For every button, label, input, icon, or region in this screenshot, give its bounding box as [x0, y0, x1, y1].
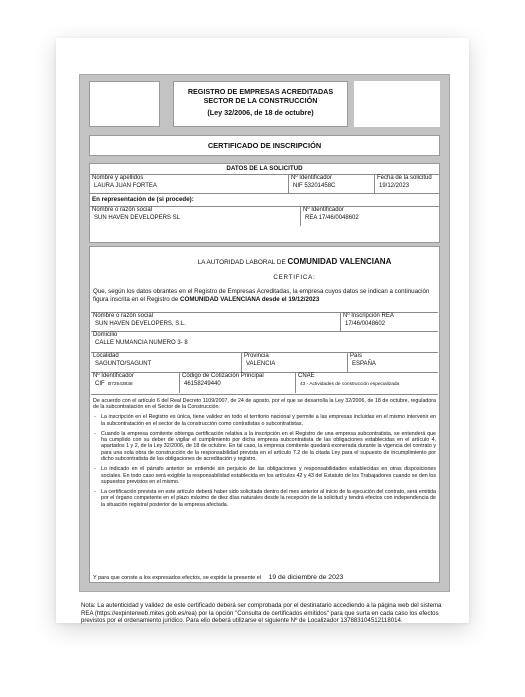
- registry-header: REGISTRO DE EMPRESAS ACREDITADAS SECTOR …: [173, 81, 348, 127]
- locality-value: SAGUNTO/SAGUNT: [93, 360, 241, 369]
- location-row: Localidad SAGUNTO/SAGUNT Provincia VALEN…: [91, 353, 438, 373]
- company-id-value: CIF B72543838: [93, 380, 179, 389]
- rep-id-label: Nº Identificador: [303, 207, 439, 214]
- locality-label: Localidad: [93, 353, 241, 360]
- legal-intro: De acuerdo con el artículo 6 del Real De…: [93, 398, 436, 411]
- ccc-value: 46158249440: [182, 380, 295, 389]
- rep-name-cell: Nombre o razón social SUN HAVEN DEVELOPE…: [90, 207, 301, 226]
- applicant-id-cell: Nº Identificador NIF 53201458C: [289, 175, 375, 193]
- company-id-label: Nº Identificador: [93, 373, 179, 380]
- applicant-name-cell: Nombre y apellidos LAURA JUAN FORTEA: [90, 175, 289, 193]
- certificate-title: CERTIFICADO DE INSCRIPCIÓN: [89, 135, 440, 156]
- rep-name-label: Nombre o razón social: [92, 207, 300, 214]
- province-cell: Provincia VALENCIA: [242, 353, 348, 372]
- address-cell: Domicilio CALLE NUMANCIA NUMERO 3- 8: [91, 332, 438, 352]
- authority-line: LA AUTORIDAD LABORAL DE COMUNIDAD VALENC…: [90, 257, 439, 266]
- province-value: VALENCIA: [244, 360, 347, 369]
- representation-heading: En representación de (si procede):: [90, 194, 439, 207]
- rep-id-cell: Nº Identificador REA 17/46/0048602: [301, 207, 439, 226]
- applicant-row: Nombre y apellidos LAURA JUAN FORTEA Nº …: [90, 175, 439, 194]
- request-section-title: DATOS DE LA SOLICITUD: [90, 164, 439, 175]
- legal-text: De acuerdo con el artículo 6 del Real De…: [93, 398, 436, 512]
- company-name-label: Nombre o razón social: [93, 313, 340, 320]
- registry-title-line1: REGISTRO DE EMPRESAS ACREDITADAS: [174, 87, 347, 96]
- issue-date: 19 de diciembre de 2023: [269, 574, 344, 581]
- applicant-id-label: Nº Identificador: [291, 175, 374, 182]
- request-data-section: DATOS DE LA SOLICITUD Nombre y apellidos…: [89, 163, 440, 243]
- cnae-value: 43 - Actividades de construcción especia…: [298, 380, 438, 389]
- legal-item: Lo indicado en el párrafo anterior se en…: [93, 466, 436, 485]
- legal-item: Cuando la empresa comitente obtenga cert…: [93, 431, 436, 463]
- company-id-number: B72543838: [108, 382, 133, 387]
- rea-number-label: Nº Inscripción REA: [343, 313, 438, 320]
- law-reference: (Ley 32/2006, de 18 de octubre): [174, 108, 347, 117]
- statement-bold: COMUNIDAD VALENCIANA desde el 19/12/2023: [180, 296, 319, 303]
- company-name-row: Nombre o razón social SUN HAVEN DEVELOPE…: [91, 313, 438, 332]
- cnae-label: CNAE: [298, 373, 438, 380]
- company-name-cell: Nombre o razón social SUN HAVEN DEVELOPE…: [91, 313, 341, 331]
- ccc-label: Código de Cotización Principal: [182, 373, 295, 380]
- ccc-cell: Código de Cotización Principal 461582494…: [180, 373, 296, 393]
- legal-items: La inscripción en el Registro es única, …: [93, 414, 436, 508]
- address-row: Domicilio CALLE NUMANCIA NUMERO 3- 8: [91, 332, 438, 353]
- logo-placeholder-right: [354, 81, 440, 127]
- company-data-table: Nombre o razón social SUN HAVEN DEVELOPE…: [91, 312, 438, 395]
- address-label: Domicilio: [93, 332, 438, 339]
- applicant-name-value: LAURA JUAN FORTEA: [92, 182, 288, 191]
- authority-prefix: LA AUTORIDAD LABORAL DE: [198, 259, 286, 266]
- codes-row: Nº Identificador CIF B72543838 Código de…: [91, 373, 438, 393]
- request-date-cell: Fecha de la solicitud 19/12/2023: [375, 175, 439, 193]
- legal-item: La certificación prevista en este artícu…: [93, 489, 436, 508]
- applicant-name-label: Nombre y apellidos: [92, 175, 288, 182]
- legal-item: La inscripción en el Registro es única, …: [93, 414, 436, 427]
- company-id-cell: Nº Identificador CIF B72543838: [91, 373, 180, 393]
- applicant-id-value: NIF 53201458C: [291, 182, 374, 191]
- certificate-page: REGISTRO DE EMPRESAS ACREDITADAS SECTOR …: [56, 38, 469, 623]
- representation-row: Nombre o razón social SUN HAVEN DEVELOPE…: [90, 207, 439, 226]
- rep-name-value: SUN HAVEN DEVELOPERS SL: [92, 214, 300, 223]
- certifica-heading: CERTIFICA:: [90, 274, 439, 281]
- issue-statement: Y para que conste a los expresados efect…: [93, 574, 343, 581]
- request-date-value: 19/12/2023: [377, 182, 439, 191]
- certificate-body: LA AUTORIDAD LABORAL DE COMUNIDAD VALENC…: [89, 246, 440, 583]
- rea-number-value: 17/46/0048602: [343, 320, 438, 329]
- company-name-value: SUN HAVEN DEVELOPERS, S.L.: [93, 320, 340, 329]
- logo-placeholder-left: [89, 81, 160, 127]
- cnae-cell: CNAE 43 - Actividades de construcción es…: [296, 373, 438, 393]
- certificate-frame: REGISTRO DE EMPRESAS ACREDITADAS SECTOR …: [79, 74, 450, 592]
- registry-title-line2: SECTOR DE LA CONSTRUCCIÓN: [174, 96, 347, 105]
- rep-id-value: REA 17/46/0048602: [303, 214, 439, 223]
- authority-name: COMUNIDAD VALENCIANA: [288, 257, 392, 266]
- request-date-label: Fecha de la solicitud: [377, 175, 439, 182]
- country-cell: País ESPAÑA: [348, 353, 438, 372]
- issue-closing-text: Y para que conste a los expresados efect…: [93, 575, 261, 581]
- address-value: CALLE NUMANCIA NUMERO 3- 8: [93, 339, 438, 348]
- company-id-type: CIF: [95, 381, 105, 387]
- rea-number-cell: Nº Inscripción REA 17/46/0048602: [341, 313, 438, 331]
- country-value: ESPAÑA: [350, 360, 438, 369]
- verification-note: Nota: La autenticidad y validez de este …: [81, 602, 453, 625]
- certification-statement: Que, según los datos obrantes en el Regi…: [93, 288, 436, 304]
- locality-cell: Localidad SAGUNTO/SAGUNT: [91, 353, 242, 372]
- province-label: Provincia: [244, 353, 347, 360]
- country-label: País: [350, 353, 438, 360]
